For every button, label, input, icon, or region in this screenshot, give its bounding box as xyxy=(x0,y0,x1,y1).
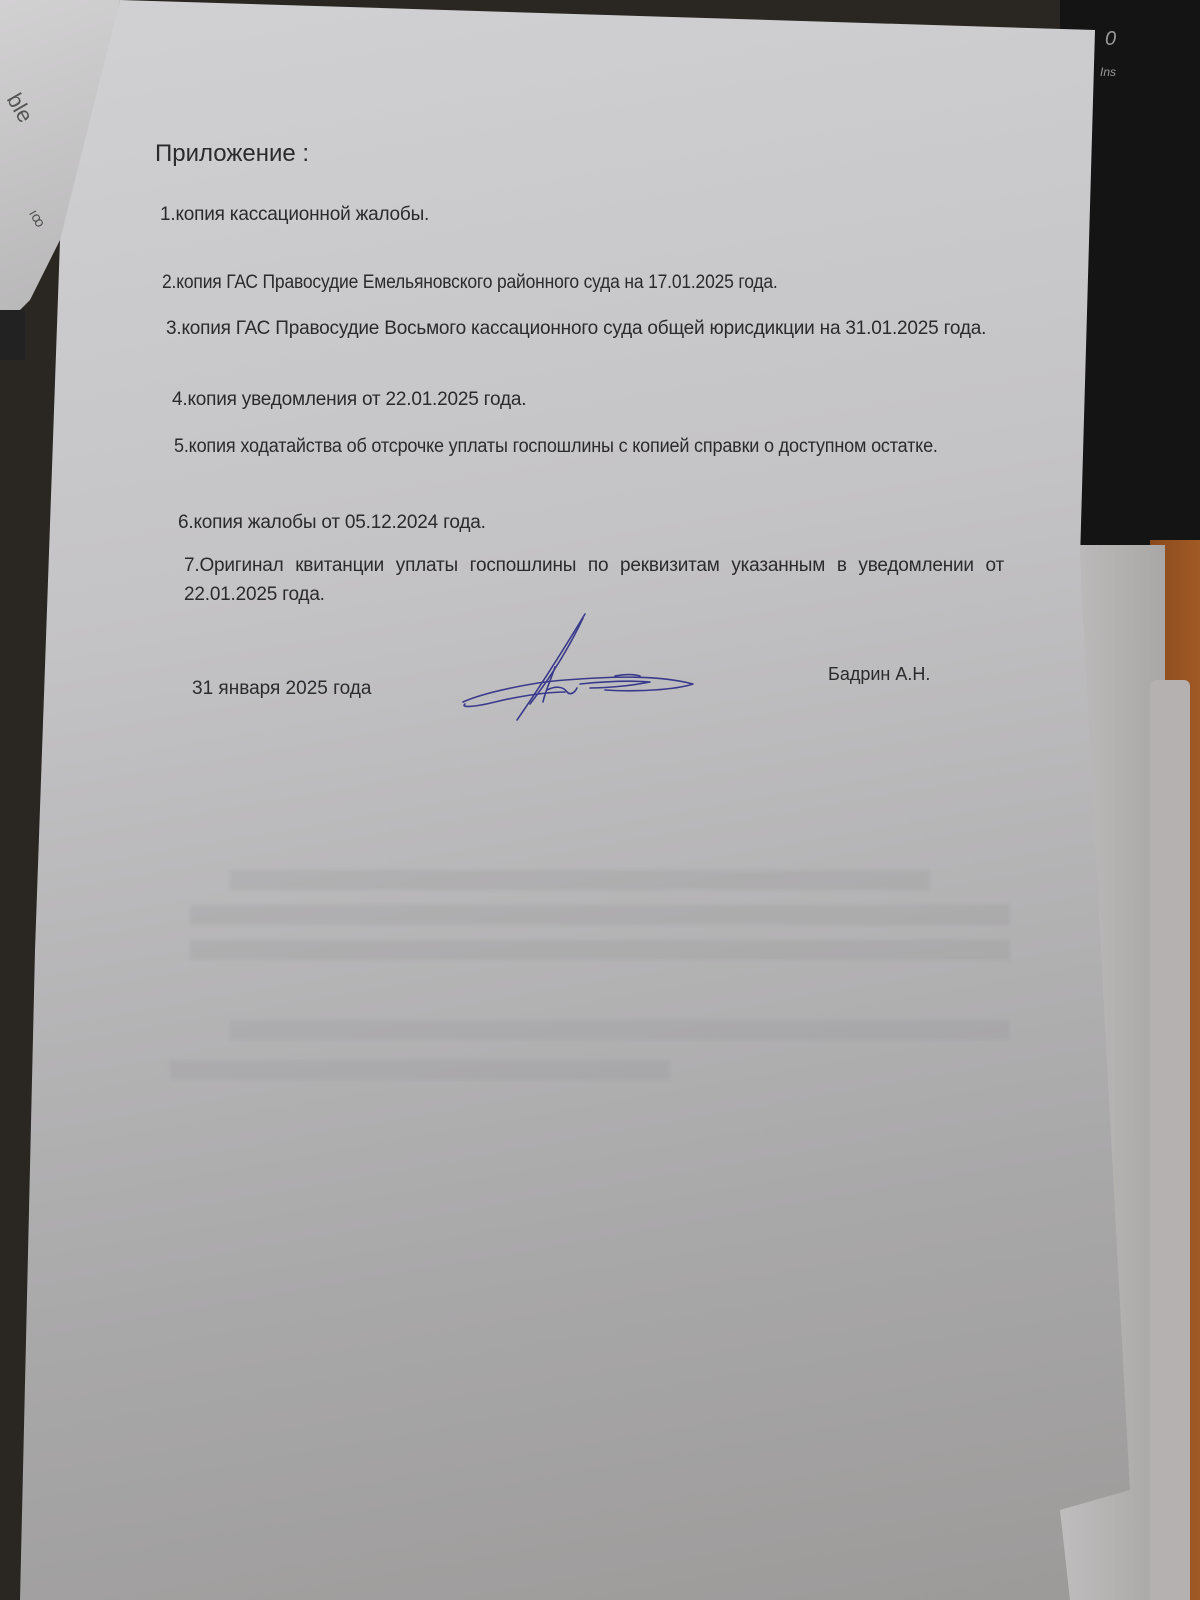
appendix-item-3: 3.копия ГАС Правосудие Восьмого кассацио… xyxy=(166,314,1002,343)
keyboard-key-ins: Ins xyxy=(1100,65,1116,79)
dark-gap xyxy=(0,310,25,360)
appendix-heading: Приложение : xyxy=(155,140,309,168)
appendix-item-7: 7.Оригинал квитанции уплаты госпошлины п… xyxy=(184,551,1004,609)
keyboard-key-0: 0 xyxy=(1105,28,1116,51)
document-page xyxy=(20,0,1150,1600)
signature-icon xyxy=(455,612,700,722)
appendix-item-6: 6.копия жалобы от 05.12.2024 года. xyxy=(178,508,486,537)
appendix-item-2: 2.копия ГАС Правосудие Емельяновского ра… xyxy=(162,268,944,297)
appendix-item-4: 4.копия уведомления от 22.01.2025 года. xyxy=(172,385,526,414)
underlying-paper-edge xyxy=(1150,680,1190,1600)
document-date: 31 января 2025 года xyxy=(192,678,371,700)
appendix-item-5: 5.копия ходатайства об отсрочке уплаты г… xyxy=(174,432,963,461)
appendix-item-1: 1.копия кассационной жалобы. xyxy=(160,200,429,229)
signer-name: Бадрин А.Н. xyxy=(828,664,930,685)
